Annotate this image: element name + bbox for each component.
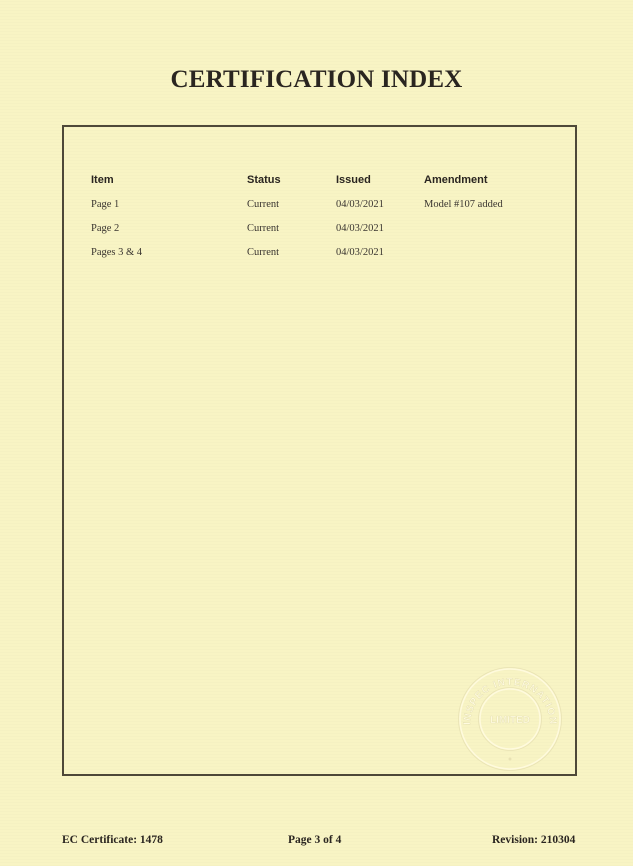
- cell-amendment: Model #107 added: [424, 199, 503, 210]
- column-header-item: Item: [91, 174, 114, 186]
- footer-certificate: EC Certificate: 1478: [62, 834, 163, 846]
- cell-item: Page 2: [91, 223, 119, 234]
- page-title: CERTIFICATION INDEX: [0, 66, 633, 94]
- cell-item: Page 1: [91, 199, 119, 210]
- cell-status: Current: [247, 223, 279, 234]
- svg-text:LIMITED: LIMITED: [490, 715, 530, 726]
- cell-item: Pages 3 & 4: [91, 247, 142, 258]
- footer-page-number: Page 3 of 4: [288, 834, 341, 846]
- footer-revision: Revision: 210304: [492, 834, 575, 846]
- cell-status: Current: [247, 247, 279, 258]
- column-header-amendment: Amendment: [424, 174, 488, 186]
- cell-issued: 04/03/2021: [336, 247, 384, 258]
- column-header-issued: Issued: [336, 174, 371, 186]
- cell-issued: 04/03/2021: [336, 199, 384, 210]
- cell-status: Current: [247, 199, 279, 210]
- cell-issued: 04/03/2021: [336, 223, 384, 234]
- embossed-seal-icon: INSPEC INTERNATIONAL LIMITED: [456, 665, 564, 773]
- column-header-status: Status: [247, 174, 281, 186]
